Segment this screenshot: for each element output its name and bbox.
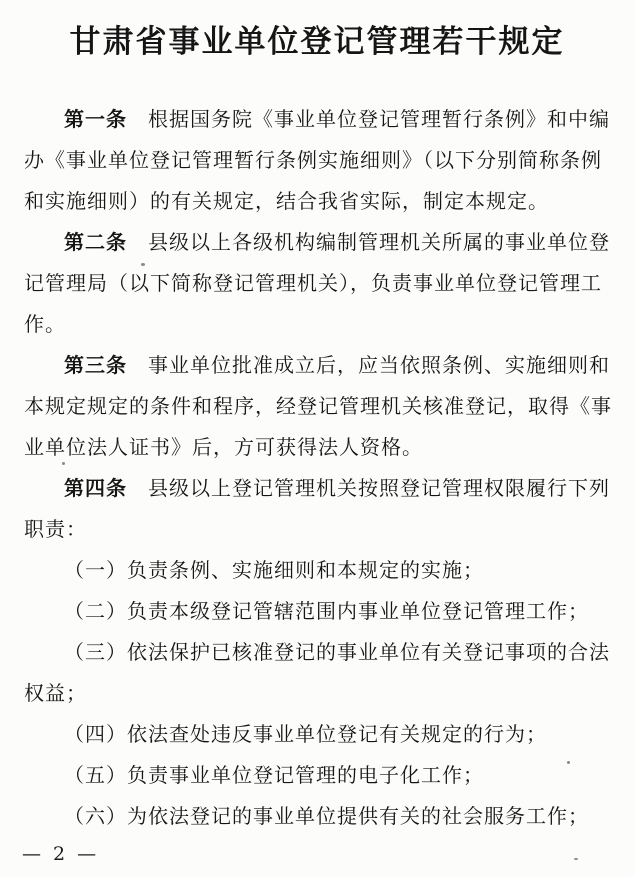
text-line: 业单位法人证书》后，方可获得法人资格。 — [24, 427, 612, 468]
list-item: （三）依法保护已核准登记的事业单位有关登记事项的合法 — [24, 632, 612, 673]
line-text: 和实施细则）的有关规定，结合我省实际，制定本规定。 — [24, 189, 549, 213]
text-line: 记管理局（以下简称登记管理机关），负责事业单位登记管理工 — [24, 263, 612, 304]
text-line: 第四条 县级以上登记管理机关按照登记管理权限履行下列 — [24, 468, 612, 509]
scanned-document-page: 甘肃省事业单位登记管理若干规定 第一条 根据国务院《事业单位登记管理暂行条例》和… — [0, 0, 634, 877]
scan-artifact — [574, 858, 578, 860]
list-item: （五）负责事业单位登记管理的电子化工作； — [24, 755, 612, 796]
line-text: 县级以上登记管理机关按照登记管理权限履行下列 — [127, 476, 610, 500]
page-number: — 2 — — [22, 842, 99, 866]
text-line: 第三条 事业单位批准成立后，应当依照条例、实施细则和 — [24, 345, 612, 386]
text-line: 作。 — [24, 304, 612, 345]
text-line: 第二条 县级以上各级机构编制管理机关所属的事业单位登 — [24, 222, 612, 263]
list-item: （六）为依法登记的事业单位提供有关的社会服务工作； — [24, 796, 612, 837]
text-line: 本规定规定的条件和程序，经登记管理机关核准登记，取得《事 — [24, 386, 612, 427]
line-text: （六）为依法登记的事业单位提供有关的社会服务工作； — [64, 804, 589, 828]
line-text: 本规定规定的条件和程序，经登记管理机关核准登记，取得《事 — [24, 394, 612, 418]
line-text: （三）依法保护已核准登记的事业单位有关登记事项的合法 — [64, 640, 610, 664]
line-text: 根据国务院《事业单位登记管理暂行条例》和中编 — [127, 107, 610, 131]
document-title: 甘肃省事业单位登记管理若干规定 — [30, 22, 604, 62]
text-line: 和实施细则）的有关规定，结合我省实际，制定本规定。 — [24, 181, 612, 222]
list-item: （一）负责条例、实施细则和本规定的实施； — [24, 550, 612, 591]
article-number: 第二条 — [64, 230, 127, 254]
line-text: 业单位法人证书》后，方可获得法人资格。 — [24, 435, 423, 459]
text-line: 第一条 根据国务院《事业单位登记管理暂行条例》和中编 — [24, 99, 612, 140]
line-text: 作。 — [24, 312, 66, 336]
scan-artifact — [141, 263, 145, 266]
text-line: 权益； — [24, 673, 612, 714]
line-text: 记管理局（以下简称登记管理机关），负责事业单位登记管理工 — [24, 271, 602, 295]
line-text: （四）依法查处违反事业单位登记有关规定的行为； — [64, 722, 547, 746]
line-text: 权益； — [24, 681, 87, 705]
line-text: （一）负责条例、实施细则和本规定的实施； — [64, 558, 484, 582]
line-text: 办《事业单位登记管理暂行条例实施细则》（以下分别简称条例 — [24, 148, 602, 172]
line-text: （五）负责事业单位登记管理的电子化工作； — [64, 763, 484, 787]
line-text: 职责： — [24, 517, 87, 541]
line-text: 事业单位批准成立后，应当依照条例、实施细则和 — [127, 353, 610, 377]
scan-artifact — [567, 761, 570, 764]
scan-artifact — [62, 462, 65, 465]
document-body: 第一条 根据国务院《事业单位登记管理暂行条例》和中编 办《事业单位登记管理暂行条… — [24, 99, 612, 837]
list-item: （二）负责本级登记管辖范围内事业单位登记管理工作； — [24, 591, 612, 632]
list-item: （四）依法查处违反事业单位登记有关规定的行为； — [24, 714, 612, 755]
text-line: 职责： — [24, 509, 612, 550]
line-text: （二）负责本级登记管辖范围内事业单位登记管理工作； — [64, 599, 589, 623]
article-number: 第四条 — [64, 476, 127, 500]
line-text: 县级以上各级机构编制管理机关所属的事业单位登 — [127, 230, 610, 254]
article-number: 第三条 — [64, 353, 127, 377]
text-line: 办《事业单位登记管理暂行条例实施细则》（以下分别简称条例 — [24, 140, 612, 181]
article-number: 第一条 — [64, 107, 127, 131]
